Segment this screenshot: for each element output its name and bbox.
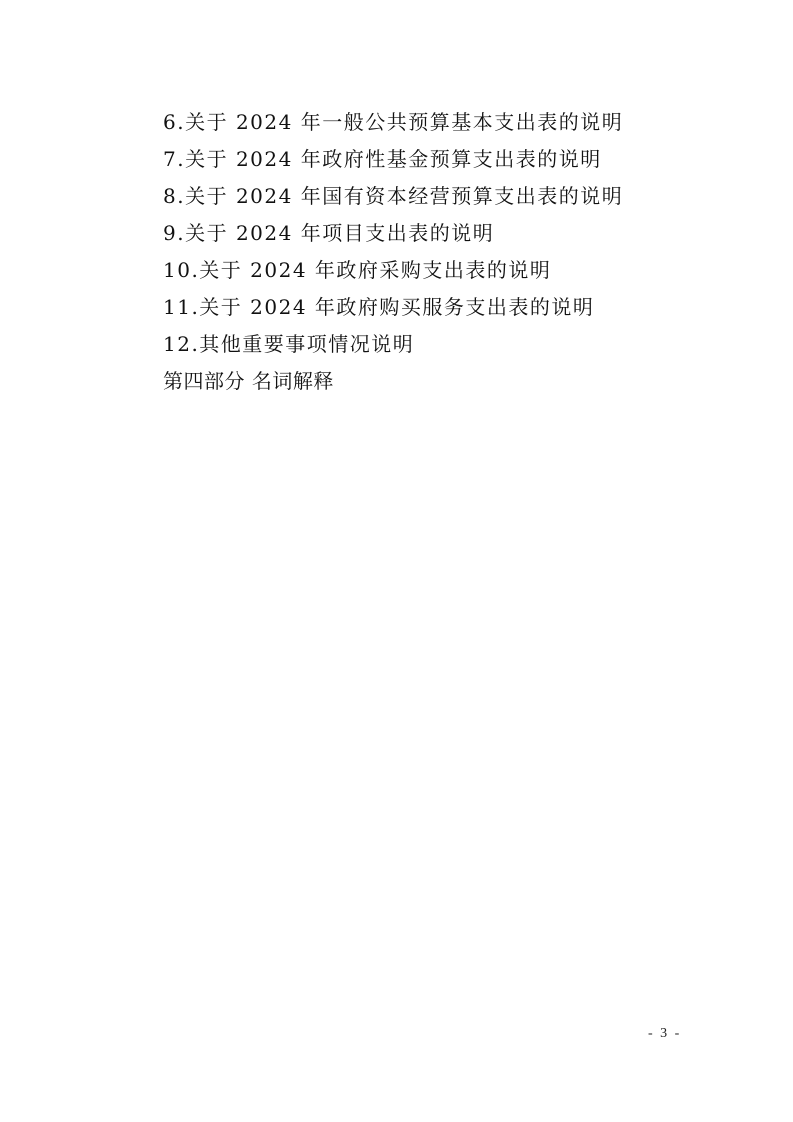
toc-item-7: 7.关于 2024 年政府性基金预算支出表的说明 [163, 141, 643, 178]
toc-item-8: 8.关于 2024 年国有资本经营预算支出表的说明 [163, 178, 643, 215]
table-of-contents: 6.关于 2024 年一般公共预算基本支出表的说明 7.关于 2024 年政府性… [163, 104, 643, 400]
toc-item-12: 12.其他重要事项情况说明 [163, 326, 643, 363]
toc-item-10: 10.关于 2024 年政府采购支出表的说明 [163, 252, 643, 289]
toc-item-11: 11.关于 2024 年政府购买服务支出表的说明 [163, 289, 643, 326]
section-heading-part-four: 第四部分 名词解释 [163, 363, 643, 400]
toc-item-6: 6.关于 2024 年一般公共预算基本支出表的说明 [163, 104, 643, 141]
toc-item-9: 9.关于 2024 年项目支出表的说明 [163, 215, 643, 252]
page-number: - 3 - [648, 1026, 681, 1042]
